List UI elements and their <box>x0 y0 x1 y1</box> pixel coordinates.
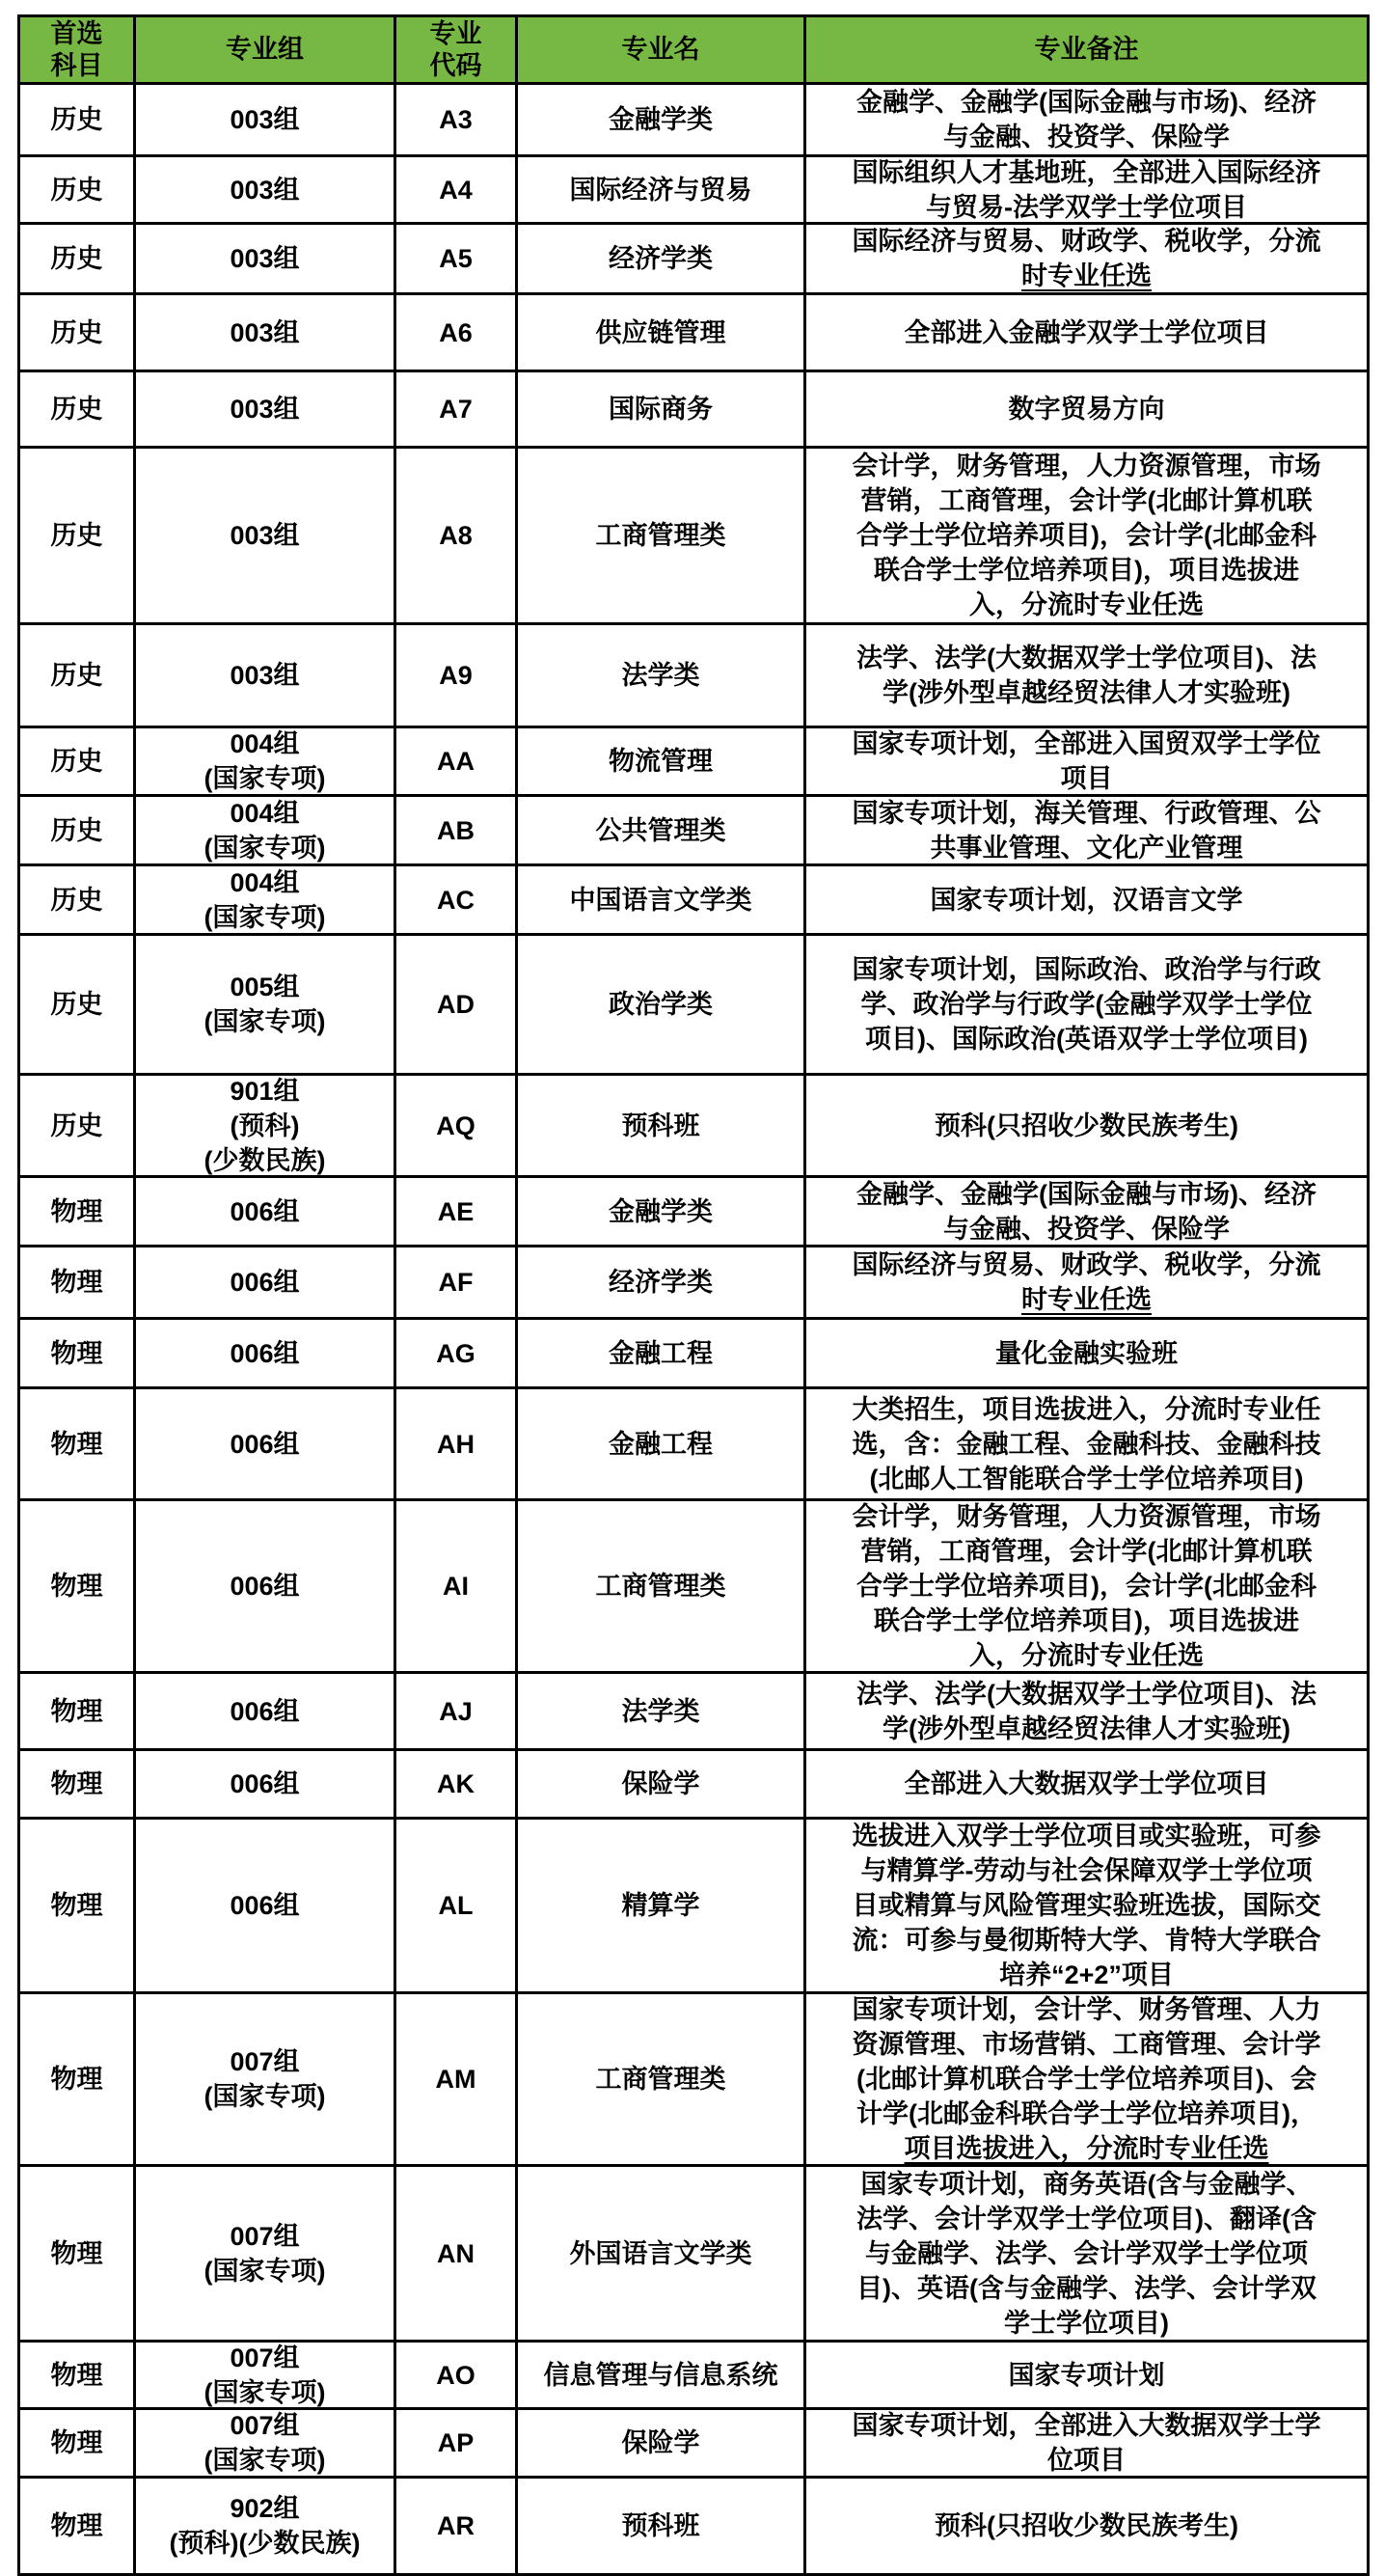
cell-subject: 物理 <box>20 2167 136 2340</box>
cell-subject: 历史 <box>20 225 136 292</box>
cell-code: AB <box>396 797 518 863</box>
cell-subject: 物理 <box>20 1501 136 1671</box>
cell-code: A3 <box>396 85 518 154</box>
table-row: 物理006组AK保险学全部进入大数据双学士学位项目 <box>20 1751 1367 1820</box>
cell-group: 007组 (国家专项) <box>136 1994 396 2164</box>
cell-major: 经济学类 <box>518 1247 806 1317</box>
cell-group: 006组 <box>136 1247 396 1317</box>
cell-major: 法学类 <box>518 1674 806 1748</box>
cell-group: 007组 (国家专项) <box>136 2343 396 2407</box>
cell-subject: 历史 <box>20 157 136 222</box>
remark-text: 国家专项计划，商务英语(含与金融学、 法学、会计学双学士学位项目)、翻译(含 与… <box>856 2167 1317 2340</box>
cell-group: 003组 <box>136 625 396 726</box>
cell-subject: 历史 <box>20 85 136 154</box>
cell-major: 物流管理 <box>518 728 806 794</box>
cell-subject: 物理 <box>20 1751 136 1817</box>
cell-code: AM <box>396 1994 518 2164</box>
cell-subject: 历史 <box>20 866 136 933</box>
remark-text: 法学、法学(大数据双学士学位项目)、法 学(涉外型卓越经贸法律人才实验班) <box>856 641 1317 710</box>
cell-code: AA <box>396 728 518 794</box>
cell-code: AQ <box>396 1076 518 1175</box>
admission-plan-table: 首选 科目 专业组 专业 代码 专业名 专业备注 历史003组A3金融学类金融学… <box>17 14 1370 2576</box>
cell-subject: 历史 <box>20 625 136 726</box>
remark-text: 预科(只招收少数民族考生) <box>935 1109 1238 1143</box>
cell-group: 901组 (预科) (少数民族) <box>136 1076 396 1175</box>
cell-major: 供应链管理 <box>518 295 806 370</box>
cell-code: A9 <box>396 625 518 726</box>
header-cell-major: 专业名 <box>518 17 806 82</box>
cell-remark: 国际经济与贸易、财政学、税收学，分流 时专业任选 <box>806 1247 1367 1317</box>
cell-subject: 物理 <box>20 1389 136 1498</box>
table-row: 历史003组A3金融学类金融学、金融学(国际金融与市场)、经济 与金融、投资学、… <box>20 85 1367 157</box>
cell-code: AH <box>396 1389 518 1498</box>
cell-remark: 法学、法学(大数据双学士学位项目)、法 学(涉外型卓越经贸法律人才实验班) <box>806 625 1367 726</box>
cell-group: 006组 <box>136 1501 396 1671</box>
table-row: 物理007组 (国家专项)AN外国语言文学类国家专项计划，商务英语(含与金融学、… <box>20 2167 1367 2343</box>
cell-code: AR <box>396 2479 518 2573</box>
cell-code: A5 <box>396 225 518 292</box>
cell-code: AO <box>396 2343 518 2407</box>
cell-subject: 历史 <box>20 449 136 622</box>
cell-subject: 物理 <box>20 2479 136 2573</box>
remark-text: 法学、法学(大数据双学士学位项目)、法 学(涉外型卓越经贸法律人才实验班) <box>856 1677 1317 1746</box>
cell-remark: 预科(只招收少数民族考生) <box>806 1076 1367 1175</box>
cell-code: A4 <box>396 157 518 222</box>
table-row: 历史003组A9法学类法学、法学(大数据双学士学位项目)、法 学(涉外型卓越经贸… <box>20 625 1367 728</box>
cell-remark: 国家专项计划，全部进入国贸双学士学位 项目 <box>806 728 1367 794</box>
cell-major: 法学类 <box>518 625 806 726</box>
cell-code: A7 <box>396 372 518 446</box>
table-row: 物理006组AE金融学类金融学、金融学(国际金融与市场)、经济 与金融、投资学、… <box>20 1178 1367 1247</box>
table-row: 历史003组A5经济学类国际经济与贸易、财政学、税收学，分流 时专业任选 <box>20 225 1367 295</box>
cell-group: 003组 <box>136 295 396 370</box>
cell-remark: 国际组织人才基地班，全部进入国际经济 与贸易-法学双学士学位项目 <box>806 157 1367 222</box>
remark-text: 金融学、金融学(国际金融与市场)、经济 与金融、投资学、保险学 <box>856 1178 1317 1245</box>
cell-group: 006组 <box>136 1820 396 1991</box>
cell-remark: 会计学，财务管理，人力资源管理，市场 营销，工商管理，会计学(北邮计算机联 合学… <box>806 1501 1367 1671</box>
table-row: 历史901组 (预科) (少数民族)AQ预科班预科(只招收少数民族考生) <box>20 1076 1367 1178</box>
cell-code: AE <box>396 1178 518 1245</box>
table-row: 物理007组 (国家专项)AP保险学国家专项计划，全部进入大数据双学士学 位项目 <box>20 2410 1367 2479</box>
remark-text: 全部进入大数据双学士学位项目 <box>905 1767 1269 1801</box>
cell-major: 公共管理类 <box>518 797 806 863</box>
table-row: 物理902组 (预科)(少数民族)AR预科班预科(只招收少数民族考生) <box>20 2479 1367 2573</box>
cell-code: AJ <box>396 1674 518 1748</box>
table-row: 历史005组 (国家专项)AD政治学类国家专项计划，国际政治、政治学与行政 学、… <box>20 936 1367 1076</box>
cell-subject: 物理 <box>20 1674 136 1748</box>
cell-group: 902组 (预科)(少数民族) <box>136 2479 396 2573</box>
remark-text: 数字贸易方向 <box>1009 392 1165 426</box>
cell-subject: 历史 <box>20 1076 136 1175</box>
remark-text: 国家专项计划，全部进入大数据双学士学 位项目 <box>853 2410 1321 2476</box>
cell-group: 003组 <box>136 449 396 622</box>
cell-subject: 历史 <box>20 797 136 863</box>
remark-text: 全部进入金融学双学士学位项目 <box>905 315 1269 350</box>
cell-remark: 国家专项计划，商务英语(含与金融学、 法学、会计学双学士学位项目)、翻译(含 与… <box>806 2167 1367 2340</box>
cell-group: 004组 (国家专项) <box>136 866 396 933</box>
cell-subject: 物理 <box>20 1994 136 2164</box>
cell-group: 003组 <box>136 157 396 222</box>
cell-code: AG <box>396 1320 518 1386</box>
cell-subject: 历史 <box>20 372 136 446</box>
cell-major: 预科班 <box>518 1076 806 1175</box>
table-row: 物理006组AJ法学类法学、法学(大数据双学士学位项目)、法 学(涉外型卓越经贸… <box>20 1674 1367 1751</box>
cell-subject: 物理 <box>20 1247 136 1317</box>
remark-text: 预科(只招收少数民族考生) <box>935 2508 1238 2543</box>
cell-major: 外国语言文学类 <box>518 2167 806 2340</box>
remark-text: 会计学，财务管理，人力资源管理，市场 营销，工商管理，会计学(北邮计算机联 合学… <box>853 1501 1321 1671</box>
header-cell-group: 专业组 <box>136 17 396 82</box>
cell-remark: 金融学、金融学(国际金融与市场)、经济 与金融、投资学、保险学 <box>806 1178 1367 1245</box>
cell-group: 007组 (国家专项) <box>136 2410 396 2476</box>
table-row: 物理006组AG金融工程量化金融实验班 <box>20 1320 1367 1389</box>
cell-group: 006组 <box>136 1389 396 1498</box>
cell-subject: 物理 <box>20 1320 136 1386</box>
table-row: 历史003组A4国际经济与贸易国际组织人才基地班，全部进入国际经济 与贸易-法学… <box>20 157 1367 225</box>
cell-group: 004组 (国家专项) <box>136 728 396 794</box>
table-row: 历史003组A7国际商务数字贸易方向 <box>20 372 1367 449</box>
cell-major: 国际商务 <box>518 372 806 446</box>
cell-major: 预科班 <box>518 2479 806 2573</box>
cell-major: 中国语言文学类 <box>518 866 806 933</box>
remark-text: 国家专项计划，会计学、财务管理、人力 资源管理、市场营销、工商管理、会计学 (北… <box>853 1994 1321 2164</box>
cell-code: A6 <box>396 295 518 370</box>
cell-major: 国际经济与贸易 <box>518 157 806 222</box>
cell-major: 金融学类 <box>518 85 806 154</box>
cell-remark: 大类招生，项目选拔进入，分流时专业任 选，含：金融工程、金融科技、金融科技 (北… <box>806 1389 1367 1498</box>
cell-code: AL <box>396 1820 518 1991</box>
cell-group: 007组 (国家专项) <box>136 2167 396 2340</box>
cell-remark: 国家专项计划，国际政治、政治学与行政 学、政治学与行政学(金融学双学士学位 项目… <box>806 936 1367 1073</box>
table-row: 物理007组 (国家专项)AM工商管理类国家专项计划，会计学、财务管理、人力 资… <box>20 1994 1367 2167</box>
cell-group: 003组 <box>136 225 396 292</box>
cell-remark: 预科(只招收少数民族考生) <box>806 2479 1367 2573</box>
remark-text: 国际经济与贸易、财政学、税收学，分流 时专业任选 <box>853 225 1321 292</box>
cell-major: 经济学类 <box>518 225 806 292</box>
cell-remark: 数字贸易方向 <box>806 372 1367 446</box>
cell-remark: 国家专项计划 <box>806 2343 1367 2407</box>
cell-remark: 金融学、金融学(国际金融与市场)、经济 与金融、投资学、保险学 <box>806 85 1367 154</box>
remark-text: 国际经济与贸易、财政学、税收学，分流 时专业任选 <box>853 1247 1321 1317</box>
table-row: 物理006组AH金融工程大类招生，项目选拔进入，分流时专业任 选，含：金融工程、… <box>20 1389 1367 1501</box>
cell-group: 004组 (国家专项) <box>136 797 396 863</box>
table-row: 历史004组 (国家专项)AC中国语言文学类国家专项计划，汉语言文学 <box>20 866 1367 936</box>
remark-text: 国家专项计划，国际政治、政治学与行政 学、政治学与行政学(金融学双学士学位 项目… <box>853 952 1321 1056</box>
cell-code: A8 <box>396 449 518 622</box>
cell-subject: 历史 <box>20 728 136 794</box>
cell-remark: 国家专项计划，汉语言文学 <box>806 866 1367 933</box>
cell-remark: 国家专项计划，海关管理、行政管理、公 共事业管理、文化产业管理 <box>806 797 1367 863</box>
cell-subject: 历史 <box>20 295 136 370</box>
cell-remark: 法学、法学(大数据双学士学位项目)、法 学(涉外型卓越经贸法律人才实验班) <box>806 1674 1367 1748</box>
remark-text: 大类招生，项目选拔进入，分流时专业任 选，含：金融工程、金融科技、金融科技 (北… <box>853 1392 1321 1496</box>
table-header-row: 首选 科目 专业组 专业 代码 专业名 专业备注 <box>20 17 1367 85</box>
table-row: 历史004组 (国家专项)AB公共管理类国家专项计划，海关管理、行政管理、公 共… <box>20 797 1367 866</box>
cell-major: 金融学类 <box>518 1178 806 1245</box>
cell-group: 003组 <box>136 85 396 154</box>
cell-group: 006组 <box>136 1751 396 1817</box>
header-cell-code: 专业 代码 <box>396 17 518 82</box>
table-row: 历史003组A8工商管理类会计学，财务管理，人力资源管理，市场 营销，工商管理，… <box>20 449 1367 625</box>
cell-subject: 历史 <box>20 936 136 1073</box>
cell-major: 工商管理类 <box>518 449 806 622</box>
cell-major: 保险学 <box>518 2410 806 2476</box>
cell-major: 工商管理类 <box>518 1501 806 1671</box>
table-row: 物理007组 (国家专项)AO信息管理与信息系统国家专项计划 <box>20 2343 1367 2410</box>
cell-major: 政治学类 <box>518 936 806 1073</box>
cell-code: AD <box>396 936 518 1073</box>
cell-code: AI <box>396 1501 518 1671</box>
cell-major: 信息管理与信息系统 <box>518 2343 806 2407</box>
cell-code: AF <box>396 1247 518 1317</box>
cell-major: 金融工程 <box>518 1389 806 1498</box>
cell-remark: 选拔进入双学士学位项目或实验班，可参 与精算学-劳动与社会保障双学士学位项 目或… <box>806 1820 1367 1991</box>
table-row: 历史003组A6供应链管理全部进入金融学双学士学位项目 <box>20 295 1367 372</box>
cell-group: 006组 <box>136 1674 396 1748</box>
cell-code: AN <box>396 2167 518 2340</box>
cell-group: 005组 (国家专项) <box>136 936 396 1073</box>
cell-group: 003组 <box>136 372 396 446</box>
cell-group: 006组 <box>136 1320 396 1386</box>
cell-subject: 物理 <box>20 1178 136 1245</box>
cell-major: 保险学 <box>518 1751 806 1817</box>
cell-remark: 全部进入大数据双学士学位项目 <box>806 1751 1367 1817</box>
cell-remark: 量化金融实验班 <box>806 1320 1367 1386</box>
cell-subject: 物理 <box>20 2343 136 2407</box>
cell-remark: 会计学，财务管理，人力资源管理，市场 营销，工商管理，会计学(北邮计算机联 合学… <box>806 449 1367 622</box>
header-cell-remark: 专业备注 <box>806 17 1367 82</box>
table-row: 物理006组AF经济学类国际经济与贸易、财政学、税收学，分流 时专业任选 <box>20 1247 1367 1320</box>
cell-remark: 国际经济与贸易、财政学、税收学，分流 时专业任选 <box>806 225 1367 292</box>
remark-text: 量化金融实验班 <box>995 1336 1178 1371</box>
remark-text: 国家专项计划，全部进入国贸双学士学位 项目 <box>853 728 1321 794</box>
cell-remark: 国家专项计划，全部进入大数据双学士学 位项目 <box>806 2410 1367 2476</box>
cell-code: AP <box>396 2410 518 2476</box>
cell-code: AC <box>396 866 518 933</box>
remark-text: 国家专项计划 <box>1009 2358 1165 2393</box>
cell-subject: 物理 <box>20 1820 136 1991</box>
cell-remark: 国家专项计划，会计学、财务管理、人力 资源管理、市场营销、工商管理、会计学 (北… <box>806 1994 1367 2164</box>
cell-remark: 全部进入金融学双学士学位项目 <box>806 295 1367 370</box>
remark-text: 选拔进入双学士学位项目或实验班，可参 与精算学-劳动与社会保障双学士学位项 目或… <box>853 1820 1321 1991</box>
cell-subject: 物理 <box>20 2410 136 2476</box>
remark-text: 国家专项计划，海关管理、行政管理、公 共事业管理、文化产业管理 <box>853 797 1321 863</box>
cell-code: AK <box>396 1751 518 1817</box>
remark-text: 金融学、金融学(国际金融与市场)、经济 与金融、投资学、保险学 <box>856 85 1317 154</box>
cell-major: 工商管理类 <box>518 1994 806 2164</box>
cell-major: 精算学 <box>518 1820 806 1991</box>
table-row: 历史004组 (国家专项)AA物流管理国家专项计划，全部进入国贸双学士学位 项目 <box>20 728 1367 797</box>
remark-text: 国家专项计划，汉语言文学 <box>931 883 1243 918</box>
remark-text: 国际组织人才基地班，全部进入国际经济 与贸易-法学双学士学位项目 <box>853 157 1321 222</box>
table-row: 物理006组AI工商管理类会计学，财务管理，人力资源管理，市场 营销，工商管理，… <box>20 1501 1367 1674</box>
remark-text: 会计学，财务管理，人力资源管理，市场 营销，工商管理，会计学(北邮计算机联 合学… <box>853 449 1321 622</box>
cell-major: 金融工程 <box>518 1320 806 1386</box>
cell-group: 006组 <box>136 1178 396 1245</box>
table-row: 物理006组AL精算学选拔进入双学士学位项目或实验班，可参 与精算学-劳动与社会… <box>20 1820 1367 1994</box>
header-cell-subject: 首选 科目 <box>20 17 136 82</box>
